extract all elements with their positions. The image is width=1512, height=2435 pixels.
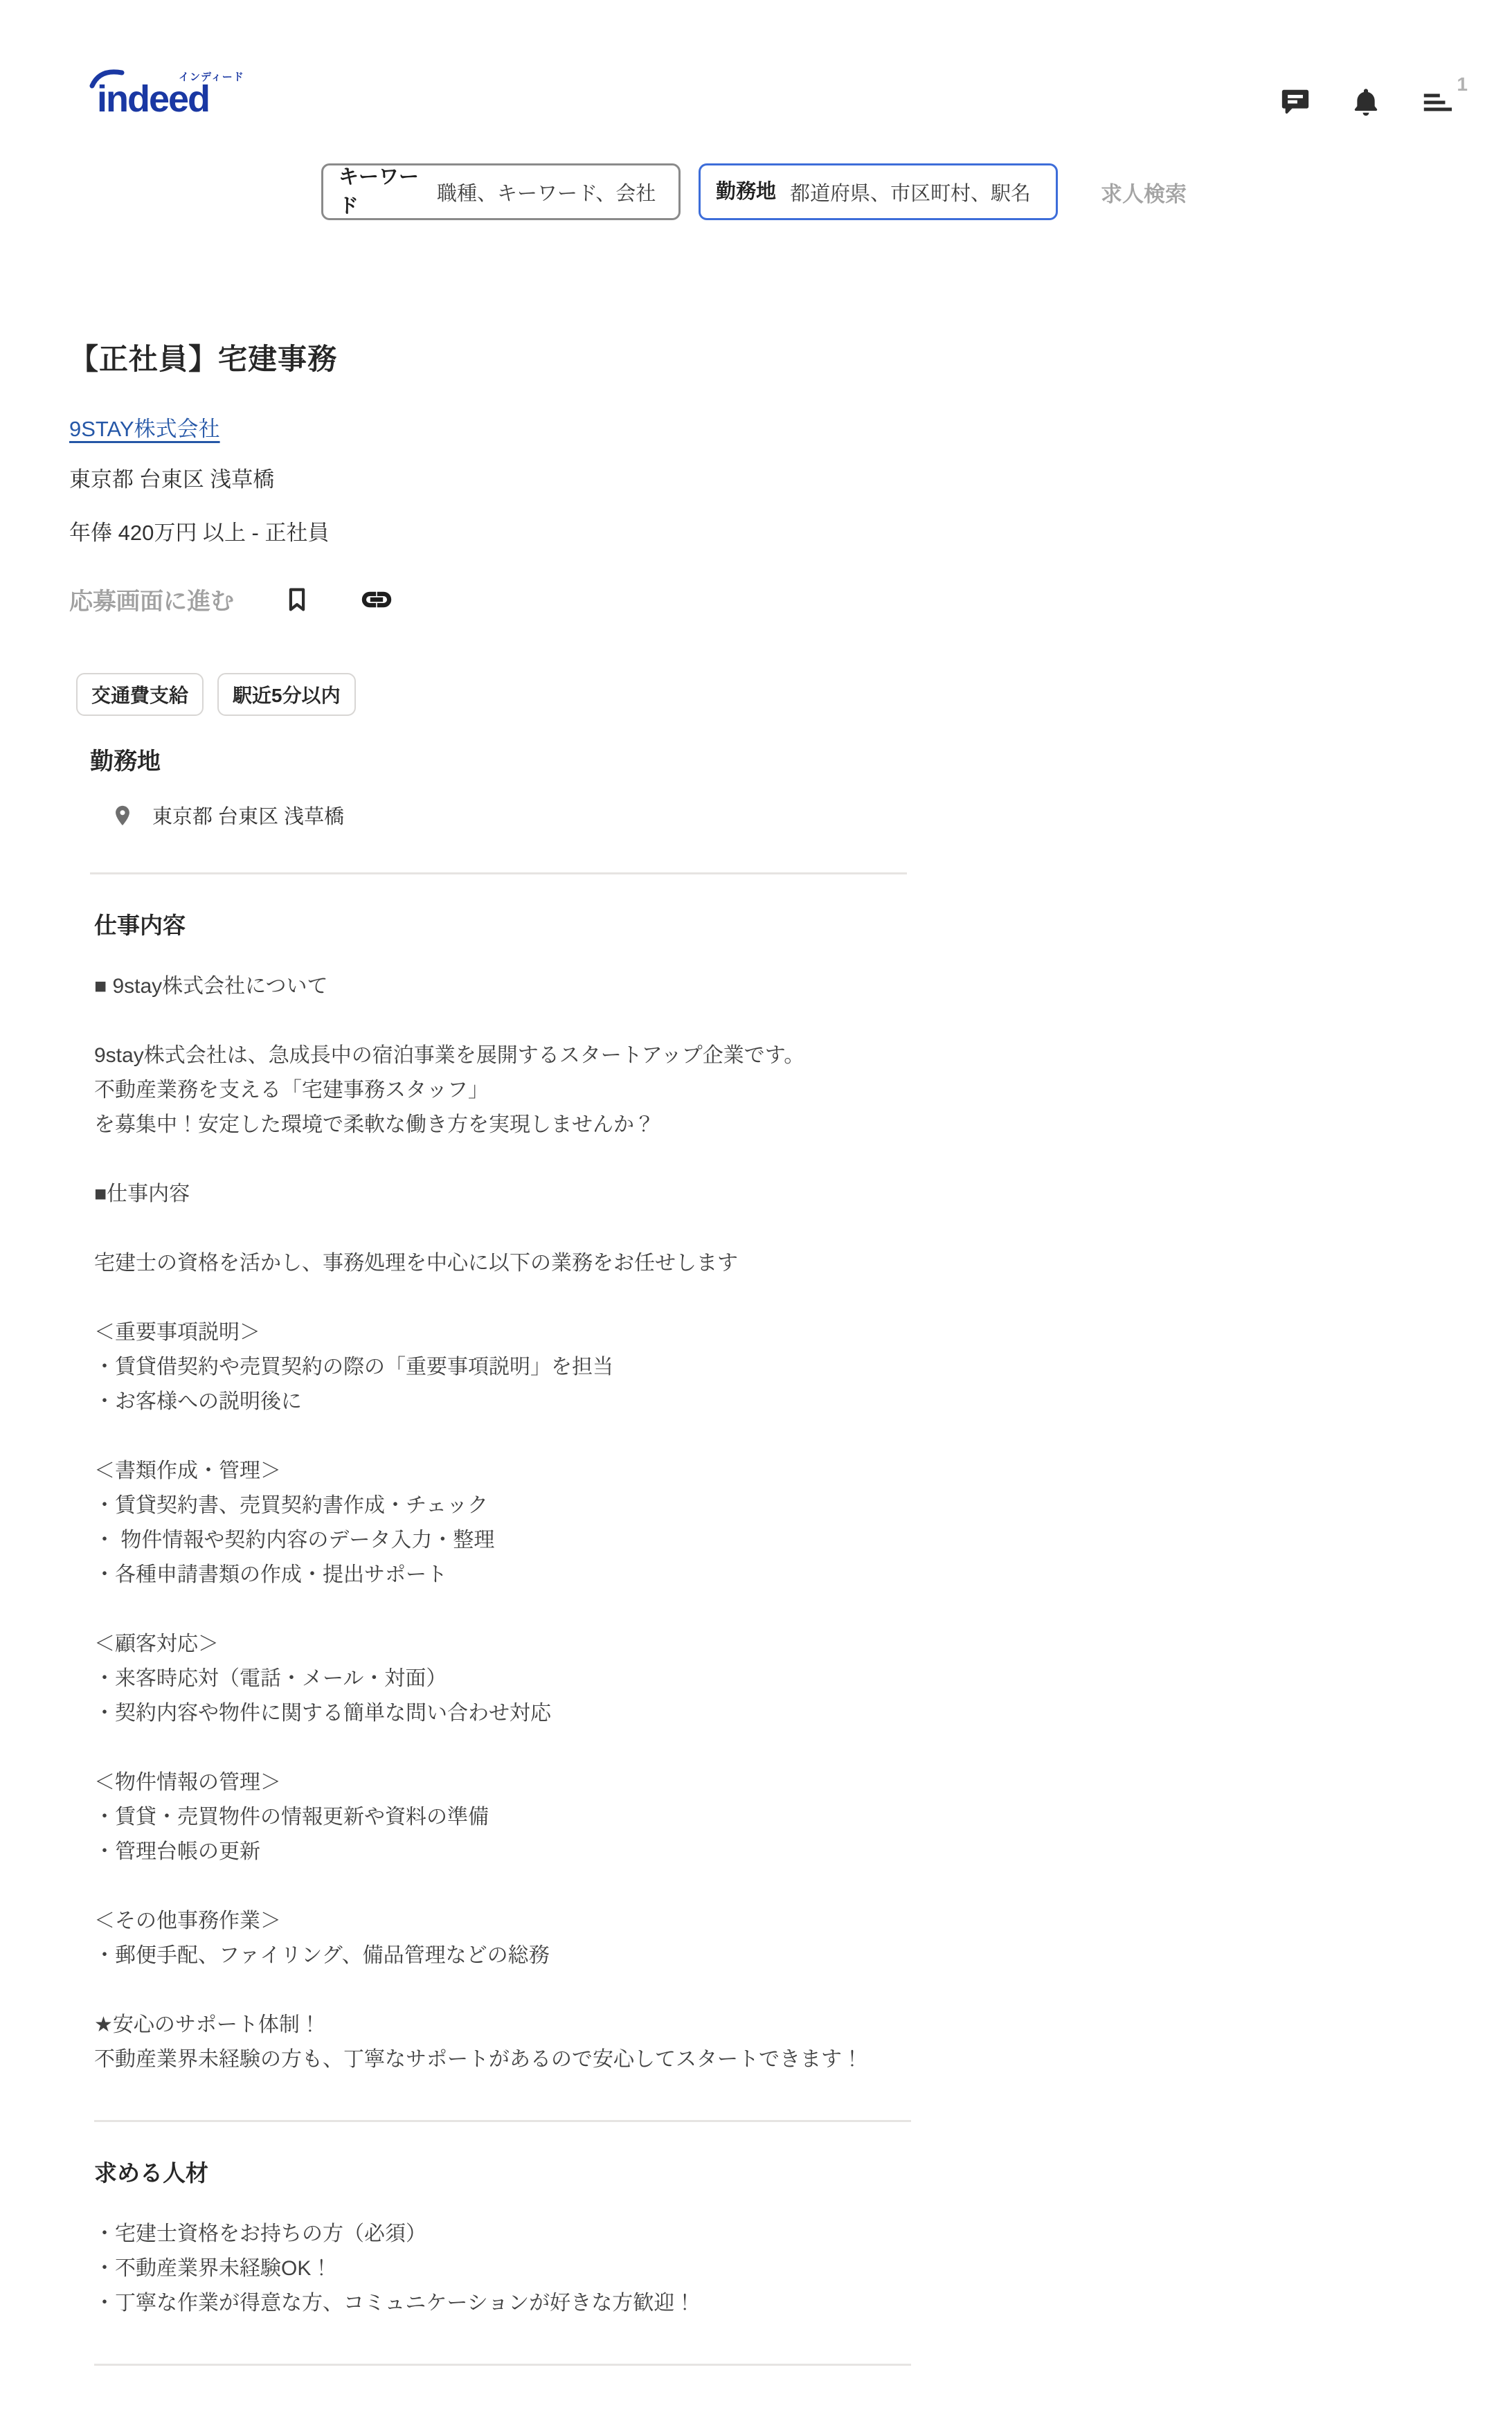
indeed-logo[interactable]: indeed インディード [97, 80, 209, 118]
description-paragraph: 9stay株式会社は、急成長中の宿泊事業を展開するスタートアップ企業です。 不動… [94, 1039, 908, 1142]
section-divider [94, 2120, 911, 2122]
top-bar: indeed インディード 1 [0, 0, 1512, 118]
menu-count-badge: 1 [1457, 73, 1468, 96]
section-job-description: 仕事内容 ■ 9stay株式会社について 9stay株式会社は、急成長中の宿泊事… [94, 908, 908, 2077]
description-paragraph: ＜その他事務作業＞ ・郵便手配、ファイリング、備品管理などの総務 [94, 1904, 908, 1973]
section-body: ・宅建士資格をお持ちの方（必須） ・不動産業界未経験OK！ ・丁寧な作業が得意な… [94, 2217, 908, 2321]
section-heading: 求める人材 [94, 2155, 908, 2188]
job-search-submit-button[interactable]: 求人検索 [1097, 176, 1191, 208]
description-paragraph: ■ 9stay株式会社について [94, 969, 908, 1004]
page-end-spacer [69, 2366, 942, 2435]
section-body: ■ 9stay株式会社について 9stay株式会社は、急成長中の宿泊事業を展開す… [94, 969, 908, 2077]
section-divider [90, 872, 907, 874]
keyword-search-input[interactable]: キーワード 職種、キーワード、会社 [321, 163, 681, 220]
copy-link-icon[interactable] [360, 583, 393, 616]
description-paragraph: ＜物件情報の管理＞ ・賃貸・売買物件の情報更新や資料の準備 ・管理台帳の更新 [94, 1765, 908, 1869]
message-icon[interactable] [1279, 86, 1311, 118]
location-label: 勤務地 [716, 177, 776, 206]
workplace-address: 東京都 台東区 浅草橋 [152, 801, 344, 829]
logo-furigana: インディード [179, 69, 244, 84]
job-search-bar: キーワード 職種、キーワード、会社 勤務地 都道府県、市区町村、駅名 求人検索 [0, 163, 1512, 220]
description-paragraph: ・宅建士資格をお持ちの方（必須） ・不動産業界未経験OK！ ・丁寧な作業が得意な… [94, 2217, 908, 2321]
description-paragraph: 宅建士の資格を活かし、事務処理を中心に以下の業務をお任せします [94, 1246, 908, 1281]
badge-near-station: 駅近5分以内 [217, 673, 356, 716]
keyword-placeholder: 職種、キーワード、会社 [437, 178, 656, 206]
job-title: 【正社員】宅建事務 [69, 336, 942, 378]
location-search-input[interactable]: 勤務地 都道府県、市区町村、駅名 [699, 163, 1058, 220]
logo-swoosh-icon [89, 66, 133, 92]
location-placeholder: 都道府県、市区町村、駅名 [790, 178, 1031, 206]
location-pin-icon [111, 804, 134, 827]
section-heading: 仕事内容 [94, 908, 908, 940]
notification-bell-icon[interactable] [1350, 86, 1382, 118]
job-detail-main: 【正社員】宅建事務 9STAY株式会社 東京都 台東区 浅草橋 年俸 420万円… [69, 336, 942, 2435]
keyword-label: キーワード [339, 163, 423, 221]
description-paragraph: ＜顧客対応＞ ・来客時応対（電話・メール・対面） ・契約内容や物件に関する簡単な… [94, 1627, 908, 1731]
description-paragraph: ★安心のサポート体制！ 不動産業界未経験の方も、丁寧なサポートがあるので安心して… [94, 2008, 908, 2077]
job-attribute-badges: 交通費支給 駅近5分以内 [76, 673, 942, 716]
description-paragraph: ＜重要事項説明＞ ・賃貸借契約や売買契約の際の「重要事項説明」を担当 ・お客様へ… [94, 1315, 908, 1419]
description-paragraph: ■仕事内容 [94, 1177, 908, 1212]
job-salary-employment-type: 年俸 420万円 以上 - 正社員 [69, 515, 942, 546]
bookmark-icon[interactable] [282, 585, 312, 614]
job-detail-page: { "brand": { "logo_word": "indeed", "log… [0, 0, 1512, 2435]
menu-icon[interactable]: 1 [1421, 86, 1452, 118]
company-link[interactable]: 9STAY株式会社 [69, 411, 220, 442]
job-location: 東京都 台東区 浅草橋 [69, 462, 942, 493]
description-paragraph: ＜書類作成・管理＞ ・賃貸契約書、売買契約書作成・チェック ・ 物件情報や契約内… [94, 1454, 908, 1592]
badge-transport-allowance: 交通費支給 [76, 673, 204, 716]
section-desired-profile: 求める人材 ・宅建士資格をお持ちの方（必須） ・不動産業界未経験OK！ ・丁寧な… [94, 2155, 908, 2321]
workplace-row: 東京都 台東区 浅草橋 [111, 801, 942, 829]
apply-actions-row: 応募画面に進む [69, 582, 942, 616]
header-actions: 1 [1279, 80, 1452, 118]
apply-button[interactable]: 応募画面に進む [69, 582, 234, 616]
workplace-heading: 勤務地 [90, 742, 942, 776]
